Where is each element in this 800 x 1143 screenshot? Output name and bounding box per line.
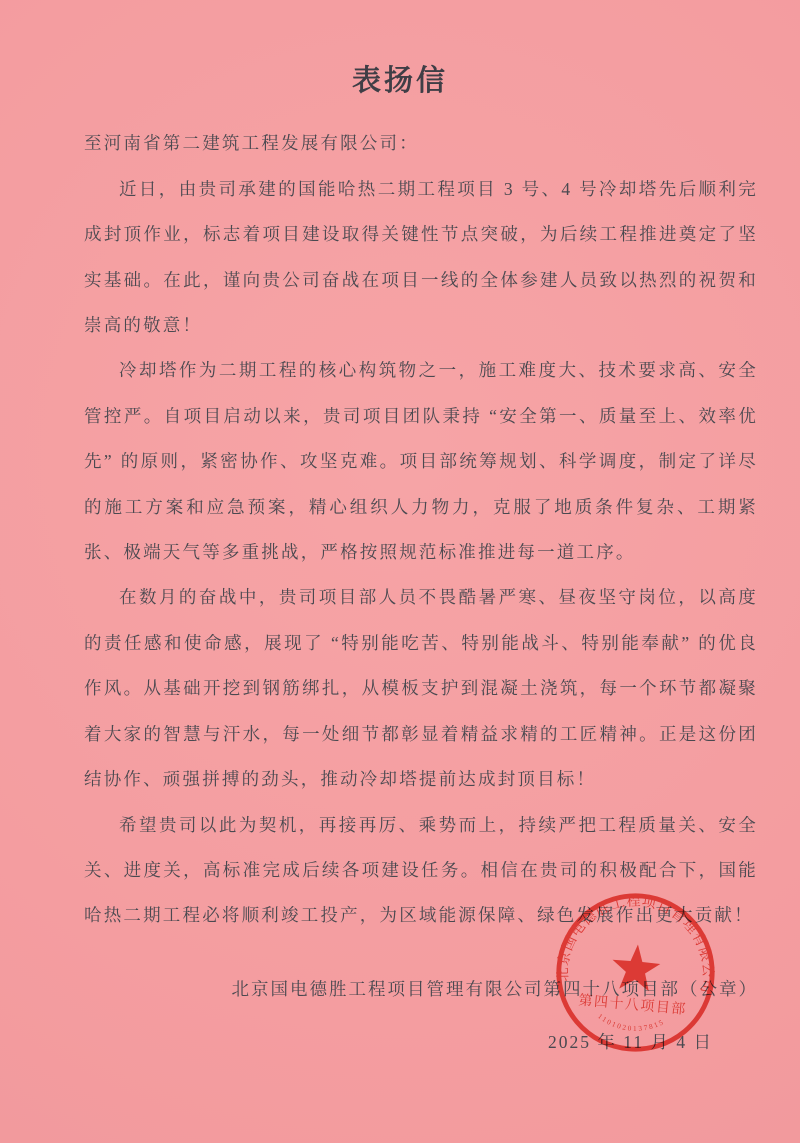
paragraph-3: 在数月的奋战中，贵司项目部人员不畏酷暑严寒、昼夜坚守岗位，以高度的责任感和使命感…: [84, 575, 758, 802]
signature-block: 北京国电德胜工程项目管理有限公司第四十八项目部（公章） 2025 年 11 月 …: [0, 967, 800, 1066]
paragraph-2: 冷却塔作为二期工程的核心构筑物之一，施工难度大、技术要求高、安全管控严。自项目启…: [84, 348, 758, 575]
paragraph-4: 希望贵司以此为契机，再接再厉、乘势而上，持续严把工程质量关、安全关、进度关，高标…: [84, 803, 758, 939]
signature-date: 2025 年 11 月 4 日: [84, 1020, 713, 1065]
letter-title: 表扬信: [0, 60, 800, 102]
signature-company: 北京国电德胜工程项目管理有限公司第四十八项目部（公章）: [84, 967, 758, 1012]
paragraph-1: 近日，由贵司承建的国能哈热二期工程项目 3 号、4 号冷却塔先后顺利完成封顶作业…: [84, 167, 758, 349]
salutation: 至河南省第二建筑工程发展有限公司：: [84, 121, 758, 166]
letter-body: 至河南省第二建筑工程发展有限公司： 近日，由贵司承建的国能哈热二期工程项目 3 …: [0, 121, 800, 938]
letter-page: 表扬信 至河南省第二建筑工程发展有限公司： 近日，由贵司承建的国能哈热二期工程项…: [0, 0, 800, 1143]
